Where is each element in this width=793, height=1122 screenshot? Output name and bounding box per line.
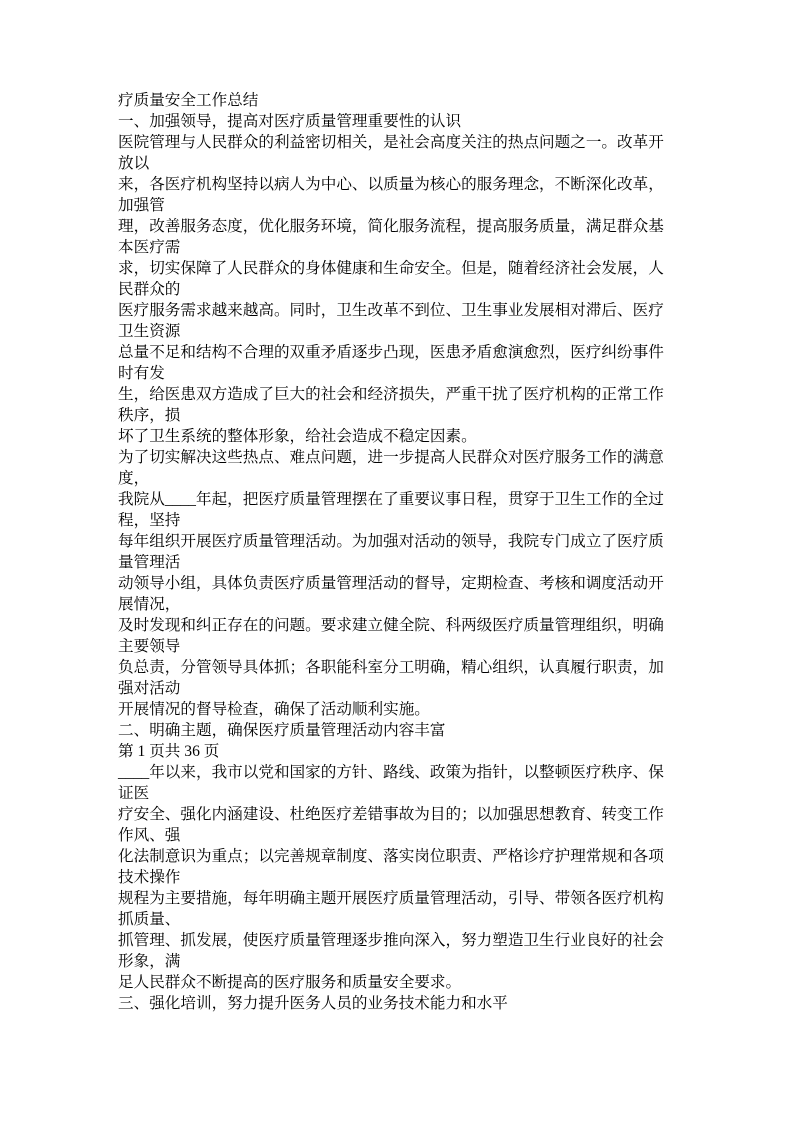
document-line: 抓质量、 (118, 909, 698, 930)
document-line: 抓管理、抓发展，使医疗质量管理逐步推向深入，努力塑造卫生行业良好的社会 (118, 930, 698, 951)
document-line: 主要领导 (118, 636, 698, 657)
document-line: 展情况， (118, 594, 698, 615)
document-line: 强对活动 (118, 678, 698, 699)
document-line: 医疗服务需求越来越高。同时，卫生改革不到位、卫生事业发展相对滞后、医疗 (118, 300, 698, 321)
document-line: 作风、强 (118, 825, 698, 846)
document-line: 化法制意识为重点；以完善规章制度、落实岗位职责、严格诊疗护理常规和各项 (118, 846, 698, 867)
document-line: 负总责，分管领导具体抓；各职能科室分工明确，精心组织，认真履行职责，加 (118, 657, 698, 678)
document-line: 秩序，损 (118, 405, 698, 426)
document-line: 来，各医疗机构坚持以病人为中心、以质量为核心的服务理念，不断深化改革， (118, 174, 698, 195)
document-line: 证医 (118, 783, 698, 804)
document-line: 卫生资源 (118, 321, 698, 342)
page-number: 第 1 页共 36 页 (118, 741, 698, 762)
document-line: 民群众的 (118, 279, 698, 300)
document-line: 我院从____年起，把医疗质量管理摆在了重要议事日程，贯穿于卫生工作的全过 (118, 489, 698, 510)
document-line: 量管理活 (118, 552, 698, 573)
section-heading: 三、强化培训，努力提升医务人员的业务技术能力和水平 (118, 993, 698, 1014)
document-line: 医院管理与人民群众的利益密切相关，是社会高度关注的热点问题之一。改革开 (118, 132, 698, 153)
document-line: 技术操作 (118, 867, 698, 888)
document-line: 规程为主要措施，每年明确主题开展医疗质量管理活动，引导、带领各医疗机构 (118, 888, 698, 909)
document-line: 度， (118, 468, 698, 489)
document-line: 求，切实保障了人民群众的身体健康和生命安全。但是，随着经济社会发展，人 (118, 258, 698, 279)
document-line: 每年组织开展医疗质量管理活动。为加强对活动的领导，我院专门成立了医疗质 (118, 531, 698, 552)
document-line: 坏了卫生系统的整体形象，给社会造成不稳定因素。 (118, 426, 698, 447)
document-body: 疗质量安全工作总结一、加强领导，提高对医疗质量管理重要性的认识医院管理与人民群众… (118, 90, 698, 1014)
document-line: 理，改善服务态度，优化服务环境，简化服务流程，提高服务质量，满足群众基 (118, 216, 698, 237)
document-line: 时有发 (118, 363, 698, 384)
document-line: 动领导小组，具体负责医疗质量管理活动的督导，定期检查、考核和调度活动开 (118, 573, 698, 594)
document-line: 为了切实解决这些热点、难点问题，进一步提高人民群众对医疗服务工作的满意 (118, 447, 698, 468)
document-page: 疗质量安全工作总结一、加强领导，提高对医疗质量管理重要性的认识医院管理与人民群众… (0, 0, 793, 1122)
document-line: 加强管 (118, 195, 698, 216)
document-line: 形象，满 (118, 951, 698, 972)
document-line: 生，给医患双方造成了巨大的社会和经济损失，严重干扰了医疗机构的正常工作 (118, 384, 698, 405)
document-title: 疗质量安全工作总结 (118, 90, 698, 111)
document-line: 开展情况的督导检查，确保了活动顺利实施。 (118, 699, 698, 720)
document-line: 疗安全、强化内涵建设、杜绝医疗差错事故为目的；以加强思想教育、转变工作 (118, 804, 698, 825)
document-line: 足人民群众不断提高的医疗服务和质量安全要求。 (118, 972, 698, 993)
document-line: 本医疗需 (118, 237, 698, 258)
document-line: 总量不足和结构不合理的双重矛盾逐步凸现，医患矛盾愈演愈烈，医疗纠纷事件 (118, 342, 698, 363)
section-heading: 二、明确主题，确保医疗质量管理活动内容丰富 (118, 720, 698, 741)
document-line: 及时发现和纠正存在的问题。要求建立健全院、科两级医疗质量管理组织，明确 (118, 615, 698, 636)
section-heading: 一、加强领导，提高对医疗质量管理重要性的认识 (118, 111, 698, 132)
document-line: 程，坚持 (118, 510, 698, 531)
document-line: 放以 (118, 153, 698, 174)
document-line: ____年以来，我市以党和国家的方针、路线、政策为指针，以整顿医疗秩序、保 (118, 762, 698, 783)
